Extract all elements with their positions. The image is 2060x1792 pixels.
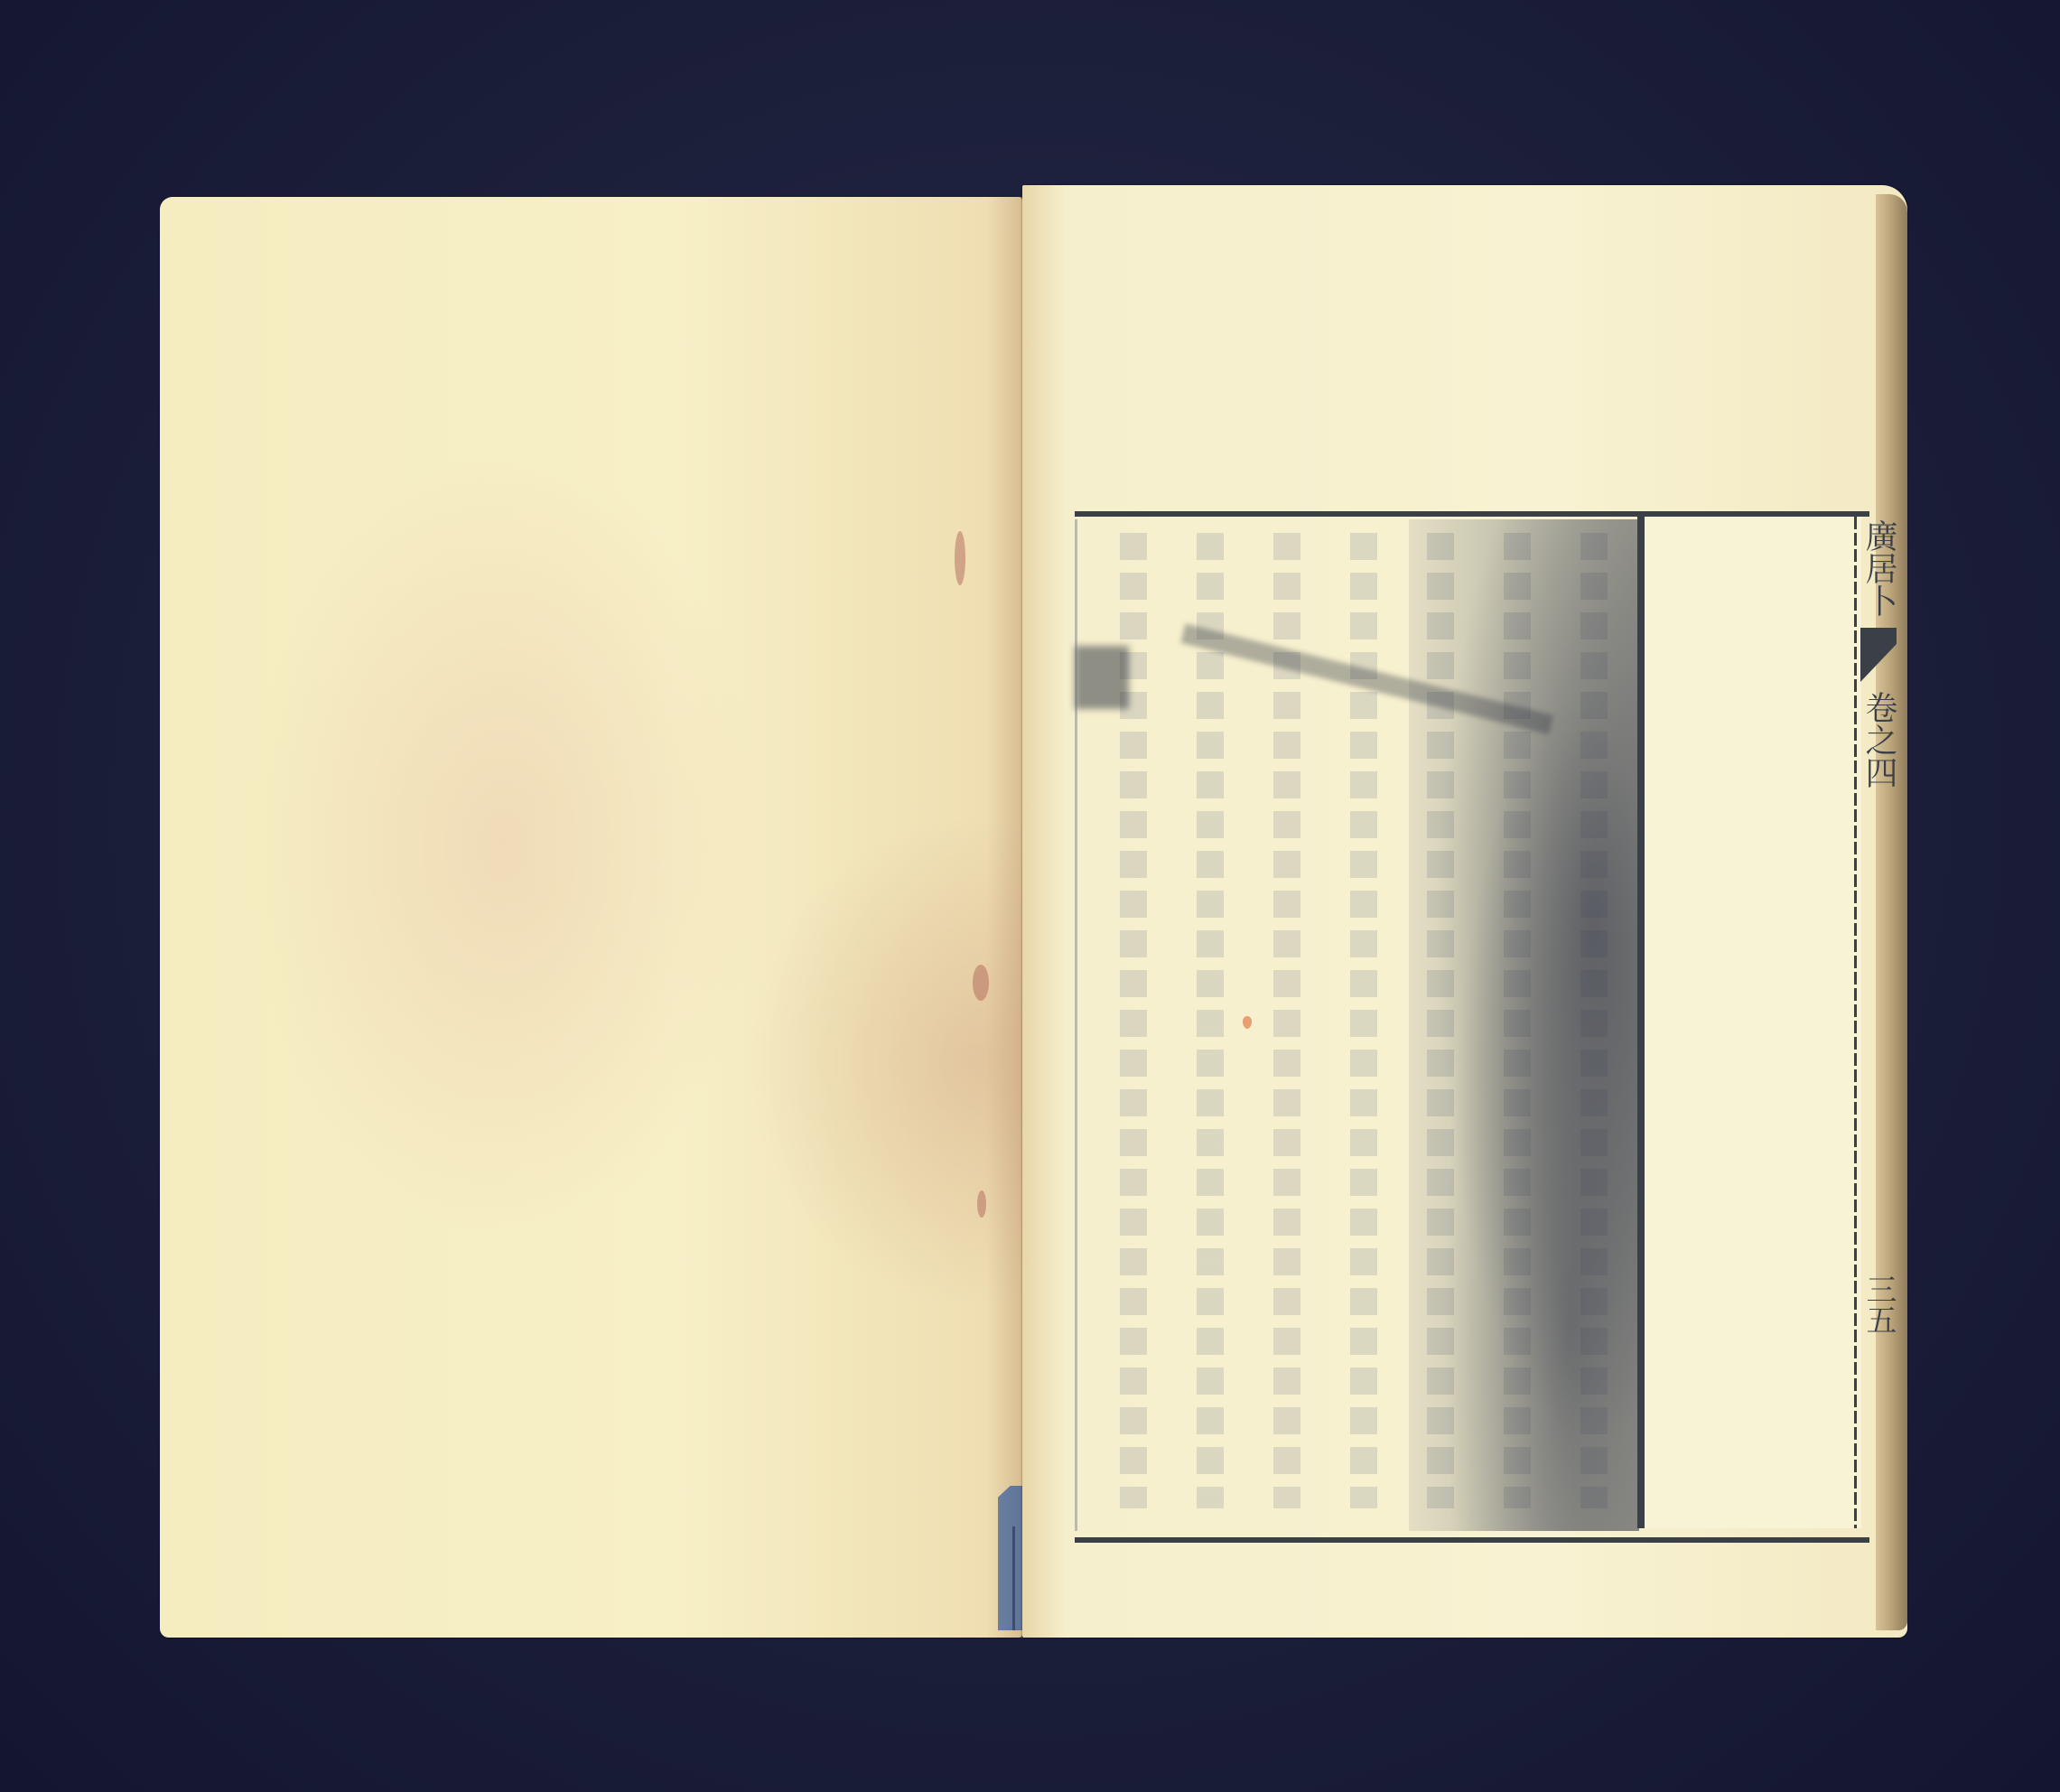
page-number: 三五 (1860, 1274, 1897, 1335)
binding-stitch (1012, 1526, 1015, 1630)
margin-volume-char: 卷 (1858, 691, 1899, 723)
margin-column-rule (1854, 517, 1857, 1528)
margin-title-char: 廣 (1858, 519, 1899, 552)
foxing-stain (955, 531, 965, 585)
left-page-spine-shadow (986, 197, 1022, 1638)
left-page-blank (160, 197, 1022, 1638)
margin-title-char: 居 (1858, 552, 1899, 584)
margin-volume-char: 之 (1858, 723, 1899, 756)
open-book: 廣 居 卜 卷 之 四 三五 (0, 0, 2060, 1792)
foxing-stain (973, 965, 989, 1001)
margin-column: 廣 居 卜 卷 之 四 (1860, 519, 1897, 1522)
blank-print-panel (1637, 517, 1861, 1528)
margin-title-char: 卜 (1858, 584, 1899, 617)
fishtail-mark-icon (1860, 628, 1897, 682)
printed-block-left-rule (1075, 519, 1077, 1531)
margin-volume-char: 四 (1858, 756, 1899, 789)
foxing-stain (977, 1190, 986, 1218)
